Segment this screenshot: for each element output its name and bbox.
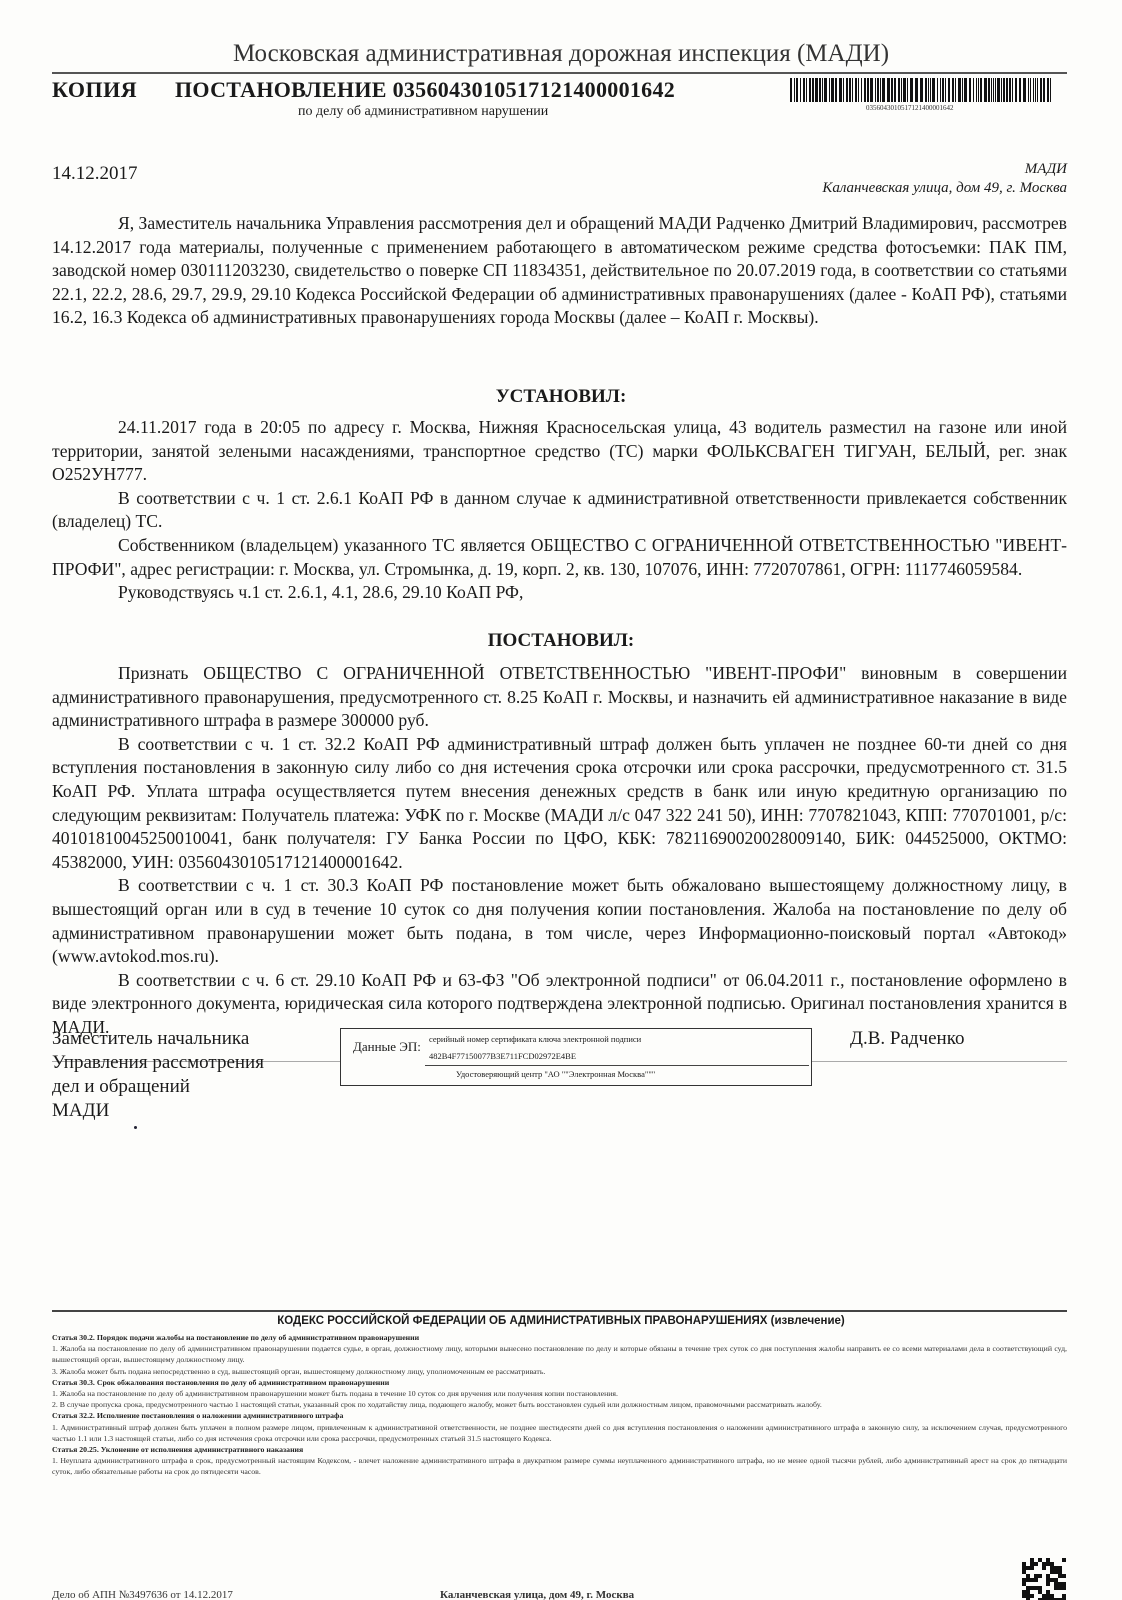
- article-item: 1. Административный штраф должен быть уп…: [52, 1422, 1067, 1444]
- copy-label: КОПИЯ: [52, 77, 137, 103]
- issuer-name: МАДИ: [822, 160, 1067, 179]
- resolved-paragraph: В соответствии с ч. 1 ст. 30.3 КоАП РФ п…: [52, 874, 1067, 968]
- resolved-paragraph: В соответствии с ч. 1 ст. 32.2 КоАП РФ а…: [52, 733, 1067, 875]
- established-section: 24.11.2017 года в 20:05 по адресу г. Мос…: [52, 416, 1067, 605]
- resolved-paragraph: Признать ОБЩЕСТВО С ОГРАНИЧЕННОЙ ОТВЕТСТ…: [52, 662, 1067, 733]
- established-paragraph: Руководствуясь ч.1 ст. 2.6.1, 4.1, 28.6,…: [52, 581, 1067, 605]
- ep-label: Данные ЭП:: [353, 1039, 421, 1055]
- article-heading: Статья 20.25. Уклонение от исполнения ад…: [52, 1444, 1067, 1455]
- signer-name: Д.В. Радченко: [850, 1028, 964, 1050]
- barcode-icon: [790, 78, 1055, 102]
- ep-center: Удостоверяющий центр "АО ""Электронная М…: [456, 1069, 655, 1079]
- scan-dot: [134, 1126, 137, 1129]
- decree-date: 14.12.2017: [52, 163, 138, 185]
- ep-divider: [425, 1065, 809, 1066]
- article-item: 1. Жалоба на постановление по делу об ад…: [52, 1388, 1067, 1399]
- qr-code-icon: [1022, 1558, 1066, 1600]
- electronic-signature-box: Данные ЭП: серийный номер сертификата кл…: [340, 1028, 812, 1086]
- header-rule: [52, 72, 1067, 74]
- article-heading: Статья 30.3. Срок обжалования постановле…: [52, 1377, 1067, 1388]
- article-heading: Статья 32.2. Исполнение постановления о …: [52, 1410, 1067, 1421]
- intro-paragraph: Я, Заместитель начальника Управления рас…: [52, 212, 1067, 330]
- footer-case: Дело об АПН №3497636 от 14.12.2017: [52, 1589, 233, 1600]
- footer-address: Каланчевская улица, дом 49, г. Москва: [440, 1589, 634, 1600]
- code-extract: Статья 30.2. Порядок подачи жалобы на по…: [52, 1332, 1067, 1478]
- article-heading: Статья 30.2. Порядок подачи жалобы на по…: [52, 1332, 1067, 1343]
- decree-title: ПОСТАНОВЛЕНИЕ 0356043010517121400001642: [175, 77, 675, 103]
- article-item: 1. Неуплата административного штрафа в с…: [52, 1455, 1067, 1477]
- extract-rule: [52, 1310, 1067, 1312]
- established-paragraph: В соответствии с ч. 1 ст. 2.6.1 КоАП РФ …: [52, 487, 1067, 534]
- article-item: 3. Жалоба может быть подана непосредстве…: [52, 1366, 1067, 1377]
- ep-serial: 482B4F77150077B3E711FCD02972E4BE: [429, 1051, 576, 1061]
- decree-subtitle: по делу об административном нарушении: [298, 104, 548, 120]
- resolved-heading: ПОСТАНОВИЛ:: [0, 630, 1122, 652]
- barcode-number: 0356043010517121400001642: [866, 104, 954, 112]
- extract-title: КОДЕКС РОССИЙСКОЙ ФЕДЕРАЦИИ ОБ АДМИНИСТР…: [0, 1315, 1122, 1327]
- established-paragraph: Собственником (владельцем) указанного ТС…: [52, 534, 1067, 581]
- issuer-block: МАДИ Каланчевская улица, дом 49, г. Моск…: [822, 160, 1067, 198]
- agency-title: Московская административная дорожная инс…: [0, 40, 1122, 68]
- article-item: 2. В случае пропуска срока, предусмотрен…: [52, 1399, 1067, 1410]
- established-paragraph: 24.11.2017 года в 20:05 по адресу г. Мос…: [52, 416, 1067, 487]
- signer-title: Заместитель начальника Управления рассмо…: [52, 1027, 264, 1123]
- ep-caption: серийный номер сертификата ключа электро…: [429, 1034, 641, 1044]
- established-heading: УСТАНОВИЛ:: [0, 386, 1122, 408]
- resolved-section: Признать ОБЩЕСТВО С ОГРАНИЧЕННОЙ ОТВЕТСТ…: [52, 662, 1067, 1040]
- issuer-address: Каланчевская улица, дом 49, г. Москва: [822, 179, 1067, 198]
- intro-text: Я, Заместитель начальника Управления рас…: [52, 212, 1067, 330]
- article-item: 1. Жалоба на постановление по делу об ад…: [52, 1343, 1067, 1365]
